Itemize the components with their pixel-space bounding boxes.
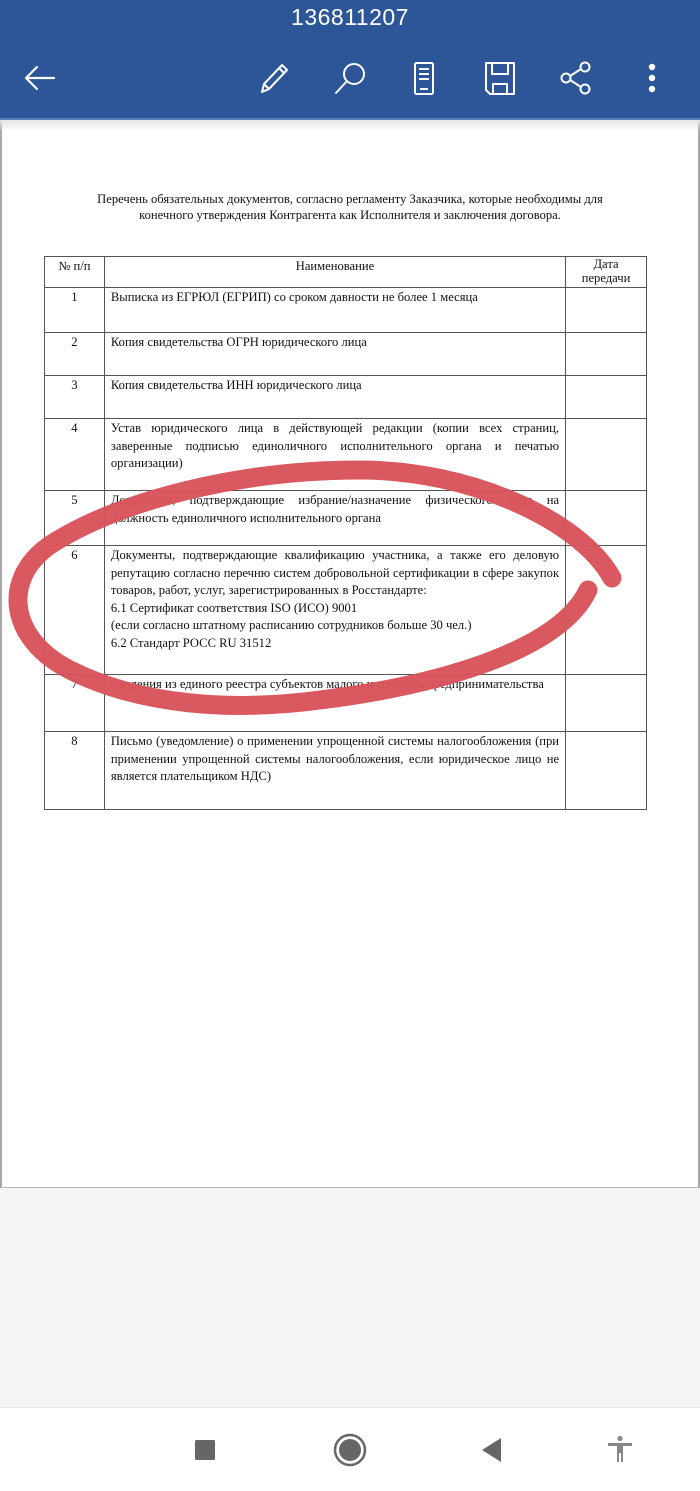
empty-area <box>0 1188 700 1408</box>
back-icon <box>479 1436 505 1464</box>
row-6-item-6-1-note: (если согласно штатному расписанию сотру… <box>111 617 559 635</box>
reading-view-button[interactable] <box>402 56 446 100</box>
pencil-icon <box>254 58 294 98</box>
share-button[interactable] <box>554 56 598 100</box>
header-date-line-2: передачи <box>566 271 646 285</box>
row-6-text: Документы, подтверждающие квалификацию у… <box>111 547 559 600</box>
search-button[interactable] <box>328 56 372 100</box>
row-num: 5 <box>45 491 105 546</box>
row-name: Документы, подтверждающие избрание/назна… <box>104 491 565 546</box>
row-name: Копия свидетельства ИНН юридического лиц… <box>104 376 565 419</box>
reading-view-icon <box>404 58 444 98</box>
table-row: 6 Документы, подтверждающие квалификацию… <box>45 546 647 675</box>
more-vert-icon <box>632 58 672 98</box>
row-date <box>566 333 647 376</box>
accessibility-icon <box>607 1435 633 1465</box>
row-6-item-6-2: 6.2 Стандарт РОСС RU 31512 <box>111 635 559 653</box>
recent-apps-button[interactable] <box>183 1428 227 1472</box>
row-name: Сведения из единого реестра субъектов ма… <box>104 675 565 732</box>
search-icon <box>330 58 370 98</box>
recent-apps-icon <box>193 1438 217 1462</box>
row-num: 8 <box>45 732 105 810</box>
row-name: Выписка из ЕГРЮЛ (ЕГРИП) со сроком давно… <box>104 288 565 333</box>
share-icon <box>556 58 596 98</box>
row-date <box>566 546 647 675</box>
row-name: Устав юридического лица в действующей ре… <box>104 419 565 491</box>
document-heading: Перечень обязательных документов, соглас… <box>40 191 660 223</box>
table-header-row: № п/п Наименование Дата передачи <box>45 257 647 288</box>
heading-line-1: Перечень обязательных документов, соглас… <box>40 191 660 207</box>
accessibility-button[interactable] <box>598 1428 642 1472</box>
table-row: 8 Письмо (уведомление) о применении упро… <box>45 732 647 810</box>
page-shadow <box>0 120 700 132</box>
table-row: 7 Сведения из единого реестра субъектов … <box>45 675 647 732</box>
row-6-item-6-1: 6.1 Сертификат соответствия ISO (ИСО) 90… <box>111 600 559 618</box>
row-name: Копия свидетельства ОГРН юридического ли… <box>104 333 565 376</box>
row-num: 4 <box>45 419 105 491</box>
row-date <box>566 376 647 419</box>
table-row: 3 Копия свидетельства ИНН юридического л… <box>45 376 647 419</box>
row-date <box>566 732 647 810</box>
table-row: 2 Копия свидетельства ОГРН юридического … <box>45 333 647 376</box>
row-date <box>566 491 647 546</box>
back-arrow-icon <box>20 58 60 98</box>
documents-table: № п/п Наименование Дата передачи 1 Выпис… <box>44 256 647 810</box>
row-num: 6 <box>45 546 105 675</box>
header-num: № п/п <box>45 257 105 288</box>
system-nav-bar <box>0 1408 700 1491</box>
heading-line-2: конечного утверждения Контрагента как Ис… <box>40 207 660 223</box>
more-options-button[interactable] <box>630 56 674 100</box>
table-row: 1 Выписка из ЕГРЮЛ (ЕГРИП) со сроком дав… <box>45 288 647 333</box>
row-date <box>566 419 647 491</box>
header-date-line-1: Дата <box>566 257 646 271</box>
back-nav-button[interactable] <box>470 1428 514 1472</box>
row-date <box>566 675 647 732</box>
row-name: Документы, подтверждающие квалификацию у… <box>104 546 565 675</box>
app-bar: 136811207 <box>0 0 700 120</box>
row-num: 7 <box>45 675 105 732</box>
save-icon <box>480 58 520 98</box>
row-name: Письмо (уведомление) о применении упроще… <box>104 732 565 810</box>
back-button[interactable] <box>18 56 62 100</box>
edit-button[interactable] <box>252 56 296 100</box>
home-icon <box>332 1432 368 1468</box>
row-num: 2 <box>45 333 105 376</box>
save-button[interactable] <box>478 56 522 100</box>
row-date <box>566 288 647 333</box>
home-button[interactable] <box>328 1428 372 1472</box>
header-name: Наименование <box>104 257 565 288</box>
document-title: 136811207 <box>0 4 700 31</box>
table-row: 5 Документы, подтверждающие избрание/наз… <box>45 491 647 546</box>
row-num: 1 <box>45 288 105 333</box>
table-row: 4 Устав юридического лица в действующей … <box>45 419 647 491</box>
row-num: 3 <box>45 376 105 419</box>
header-date: Дата передачи <box>566 257 647 288</box>
